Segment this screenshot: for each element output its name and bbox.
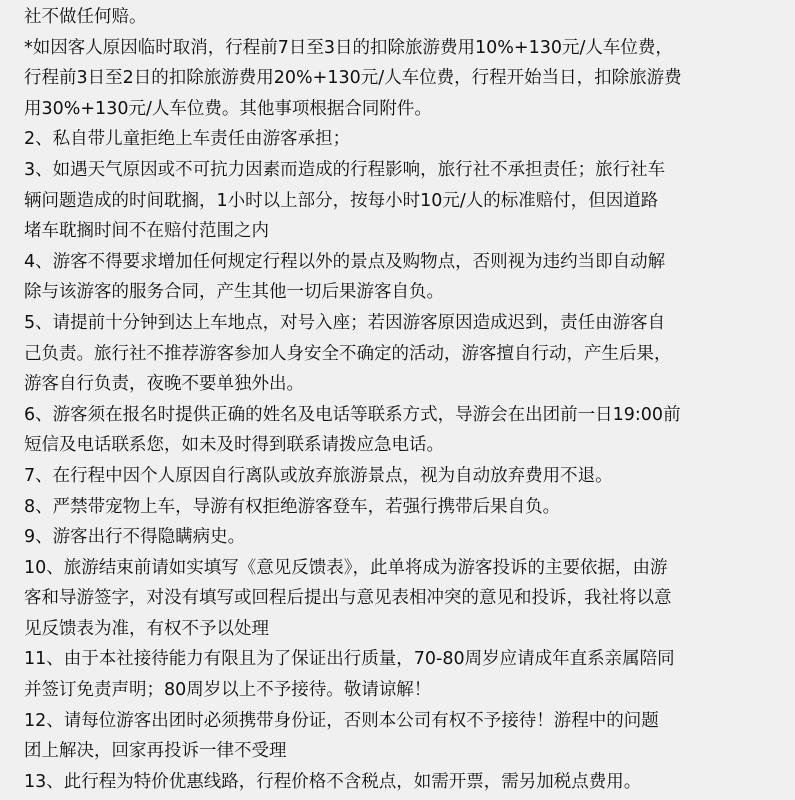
text-line: 除与该游客的服务合同，产生其他一切后果游客自负。 xyxy=(24,277,776,308)
text-line: 12、请每位游客出团时必须携带身份证，否则本公司有权不予接待！游程中的问题 xyxy=(24,706,776,737)
text-line: 11、由于本社接待能力有限且为了保证出行质量，70-80周岁应请成年直系亲属陪同 xyxy=(24,644,776,675)
text-line: *如因客人原因临时取消，行程前7日至3日的扣除旅游费用10%+130元/人车位费… xyxy=(24,33,776,64)
text-line: 2、私自带儿童拒绝上车责任由游客承担； xyxy=(24,124,776,155)
text-line: 并签订免责声明；80周岁以上不予接待。敬请谅解！ xyxy=(24,675,776,706)
text-line: 辆问题造成的时间耽搁，1小时以上部分，按每小时10元/人的标准赔付，但因道路 xyxy=(24,186,776,217)
text-line: 6、游客须在报名时提供正确的姓名及电话等联系方式，导游会在出团前一日19:00前 xyxy=(24,400,776,431)
text-line: 10、旅游结束前请如实填写《意见反馈表》，此单将成为游客投诉的主要依据，由游 xyxy=(24,553,776,584)
text-line: 5、请提前十分钟到达上车地点，对号入座；若因游客原因造成迟到，责任由游客自 xyxy=(24,308,776,339)
text-line: 行程前3日至2日的扣除旅游费用20%+130元/人车位费，行程开始当日，扣除旅游… xyxy=(24,63,776,94)
text-line: 3、如遇天气原因或不可抗力因素而造成的行程影响，旅行社不承担责任；旅行社车 xyxy=(24,155,776,186)
text-line: 见反馈表为准，有权不予以处理 xyxy=(24,614,776,645)
text-line: 7、在行程中因个人原因自行离队或放弃旅游景点，视为自动放弃费用不退。 xyxy=(24,461,776,492)
text-line: 游客自行负责，夜晚不要单独外出。 xyxy=(24,369,776,400)
text-line: 用30%+130元/人车位费。其他事项根据合同附件。 xyxy=(24,94,776,125)
text-line: 4、游客不得要求增加任何规定行程以外的景点及购物点，否则视为违约当即自动解 xyxy=(24,247,776,278)
text-line: 8、严禁带宠物上车，导游有权拒绝游客登车，若强行携带后果自负。 xyxy=(24,492,776,523)
text-line: 9、游客出行不得隐瞒病史。 xyxy=(24,522,776,553)
text-line: 短信及电话联系您，如未及时得到联系请拨应急电话。 xyxy=(24,430,776,461)
text-line: 堵车耽搁时间不在赔付范围之内 xyxy=(24,216,776,247)
text-line: 团上解决，回家再投诉一律不受理 xyxy=(24,736,776,767)
terms-document: 社不做任何赔。 *如因客人原因临时取消，行程前7日至3日的扣除旅游费用10%+1… xyxy=(24,2,776,797)
text-line: 13、此行程为特价优惠线路，行程价格不含税点，如需开票，需另加税点费用。 xyxy=(24,767,776,798)
text-line: 社不做任何赔。 xyxy=(24,2,776,33)
text-line: 客和导游签字，对没有填写或回程后提出与意见表相冲突的意见和投诉，我社将以意 xyxy=(24,583,776,614)
text-line: 己负责。旅行社不推荐游客参加人身安全不确定的活动，游客擅自行动，产生后果， xyxy=(24,339,776,370)
